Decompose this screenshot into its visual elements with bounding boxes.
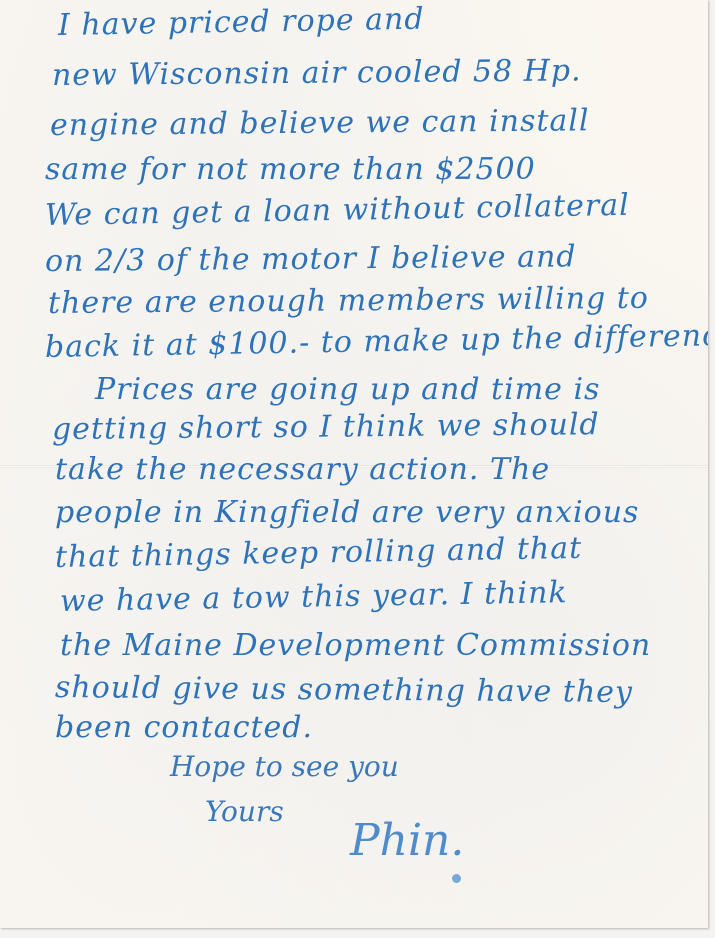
closing-yours: Yours bbox=[205, 795, 284, 828]
letter-line: we have a tow this year. I think bbox=[60, 575, 568, 619]
letter-line: the Maine Development Commission bbox=[60, 628, 651, 663]
closing-greeting: Hope to see you bbox=[170, 750, 399, 783]
letter-line: on 2/3 of the motor I believe and bbox=[45, 239, 577, 279]
letter-line: been contacted. bbox=[55, 710, 313, 745]
letter-line: engine and believe we can install bbox=[50, 103, 590, 143]
letter-line: new Wisconsin air cooled 58 Hp. bbox=[52, 53, 582, 93]
letter-line: same for not more than $2500 bbox=[45, 152, 536, 187]
ink-blot bbox=[452, 874, 461, 883]
letter-line: that things keep rolling and that bbox=[55, 531, 583, 575]
letter-line: Prices are going up and time is bbox=[95, 372, 600, 407]
letter-line: getting short so I think we should bbox=[52, 407, 600, 447]
letter-line: We can get a loan without collateral bbox=[45, 188, 630, 233]
letter-line: people in Kingfield are very anxious bbox=[55, 495, 639, 530]
letter-line: there are enough members willing to bbox=[48, 281, 649, 321]
letter-line: should give us something have they bbox=[55, 670, 633, 710]
signature: Phin. bbox=[350, 815, 464, 866]
letter-line: back it at $100.- to make up the differe… bbox=[45, 318, 708, 365]
letter-page: I have priced rope and new Wisconsin air… bbox=[0, 0, 708, 928]
letter-line: take the necessary action. The bbox=[55, 452, 550, 487]
letter-line: I have priced rope and bbox=[58, 2, 425, 43]
